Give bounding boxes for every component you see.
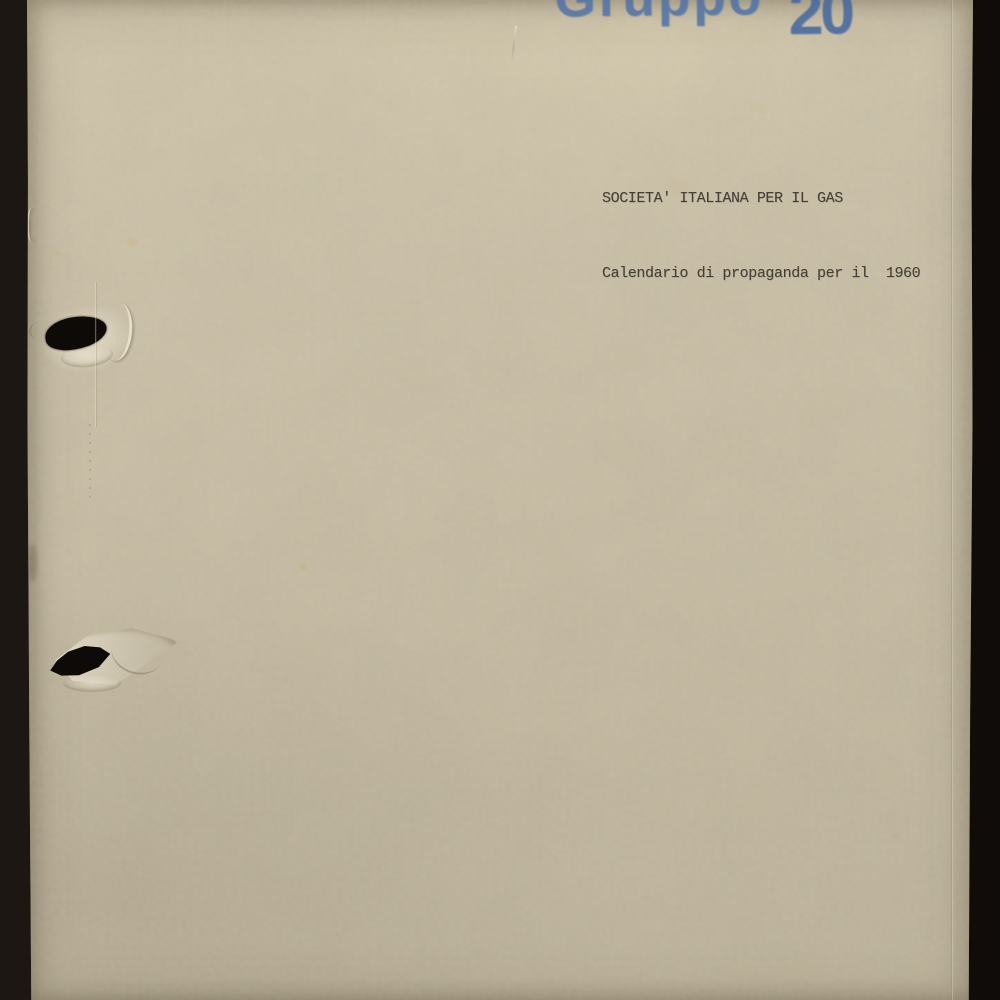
group-stamp: Gruppo 20 xyxy=(27,0,973,85)
edge-smudge xyxy=(28,544,37,582)
stamp-number: 20 xyxy=(788,0,852,45)
edge-tear-mark xyxy=(27,208,39,242)
torn-paper-highlight xyxy=(35,296,140,383)
torn-paper-flap xyxy=(51,624,185,695)
punch-hole-top xyxy=(27,295,187,395)
typed-header: SOCIETA' ITALIANA PER IL GAS Calendario … xyxy=(602,136,920,336)
perforation-crease xyxy=(89,424,91,504)
typed-line-subject: Calendario di propaganda per il 1960 xyxy=(602,261,920,286)
tear-ridge xyxy=(100,302,135,363)
hole-opening xyxy=(47,640,114,681)
right-edge-crease xyxy=(951,0,954,1000)
vertical-crease xyxy=(95,282,98,427)
top-crease xyxy=(511,26,517,62)
tear-tick xyxy=(29,323,45,339)
tear-curl xyxy=(63,674,121,692)
stamp-word: Gruppo xyxy=(554,0,764,25)
scanned-document: Gruppo 20 SOCIETA' ITALIANA PER IL GAS C… xyxy=(0,0,1000,1000)
tear-ridge xyxy=(106,625,168,681)
punch-hole-bottom xyxy=(27,620,217,720)
document-page: Gruppo 20 SOCIETA' ITALIANA PER IL GAS C… xyxy=(27,0,973,1000)
hole-opening xyxy=(43,312,109,353)
tear-curl xyxy=(60,342,114,369)
typed-line-company: SOCIETA' ITALIANA PER IL GAS xyxy=(602,186,920,211)
